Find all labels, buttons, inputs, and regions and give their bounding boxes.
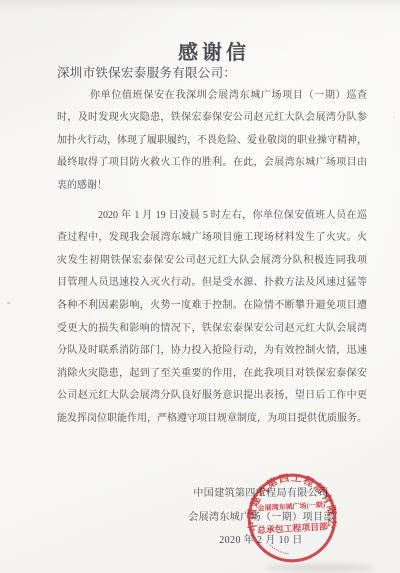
letter-page: 感谢信 深圳市铁保宏泰服务有限公司： 你单位值班保安在我深圳会展湾东城广场项目（… [0, 0, 400, 573]
paper-top-shadow [0, 0, 400, 10]
paper-speck [7, 302, 10, 304]
stamp-center-line2: 总承包工程项目部 [257, 520, 328, 535]
letter-line: 受更大的损失和影响的情况下，铁保宏泰保安公司赵元红大队会展湾 [57, 318, 367, 341]
paper-speck [393, 116, 395, 118]
letter-line: 查过程中，发现我会展湾东城广场项目施工现场材料发生了火灾。火 [57, 227, 367, 250]
letter-line: 能发挥岗位职能作用，严格遵守项目规章制度，为项目提供优质服务。 [57, 408, 367, 431]
letter-line: 灾发生初期铁保宏泰保安公司赵元红大队会展湾分队积极连同我项 [57, 250, 367, 273]
letter-line: 公司赵元红大队会展湾分队良好服务意识提出表扬，望日后工作中更 [57, 385, 367, 408]
letter-line: 2020 年 1 月 19 日凌晨 5 时左右，你单位保安值班人员在巡 [57, 205, 367, 228]
letter-line: 时，及时发现火灾隐患，铁保宏泰保安公司赵元红大队会展湾分队参 [57, 107, 367, 130]
letter-title: 感谢信 [14, 36, 400, 65]
letter-line: 各种不利因素影响，火势一度难于控制。在险情不断攀升避免项目遭 [57, 295, 367, 318]
letter-line: 消除火灾隐患，起到了至关重要的作用，在此我项目对铁保宏泰保安 [57, 363, 367, 386]
letter-line: 你单位值班保安在我深圳会展湾东城广场项目（一期）巡查 [57, 85, 367, 108]
letter-line: 加扑火行动，体现了履职履约，不畏危险、爱业敬岗的职业操守精神， [57, 130, 367, 153]
letter-line: 分队及时联系消防部门，协力投入抢险行动，为有效控制火情，迅速 [57, 340, 367, 363]
official-stamp: 中国建筑第四工程局有限公司 会展湾东城广场(一期) 总承包工程项目部 • • •… [244, 470, 341, 567]
recipient-line: 深圳市铁保宏泰服务有限公司： [57, 62, 367, 85]
letter-line: 最终取得了项目防火救火工作的胜利。在此，会展湾东城广场项目由 [57, 152, 367, 175]
stamp-center-line1: 会展湾东城广场(一期) [257, 500, 326, 513]
letter-line: 衷的感谢！ [57, 175, 367, 198]
paper-smudge [265, 564, 375, 572]
letter-body: 深圳市铁保宏泰服务有限公司： 你单位值班保安在我深圳会展湾东城广场项目（一期）巡… [57, 62, 367, 431]
letter-line: 目管理人员迅速投入灭火行动。但是受水源、扑救方法及风速过猛等 [57, 272, 367, 295]
